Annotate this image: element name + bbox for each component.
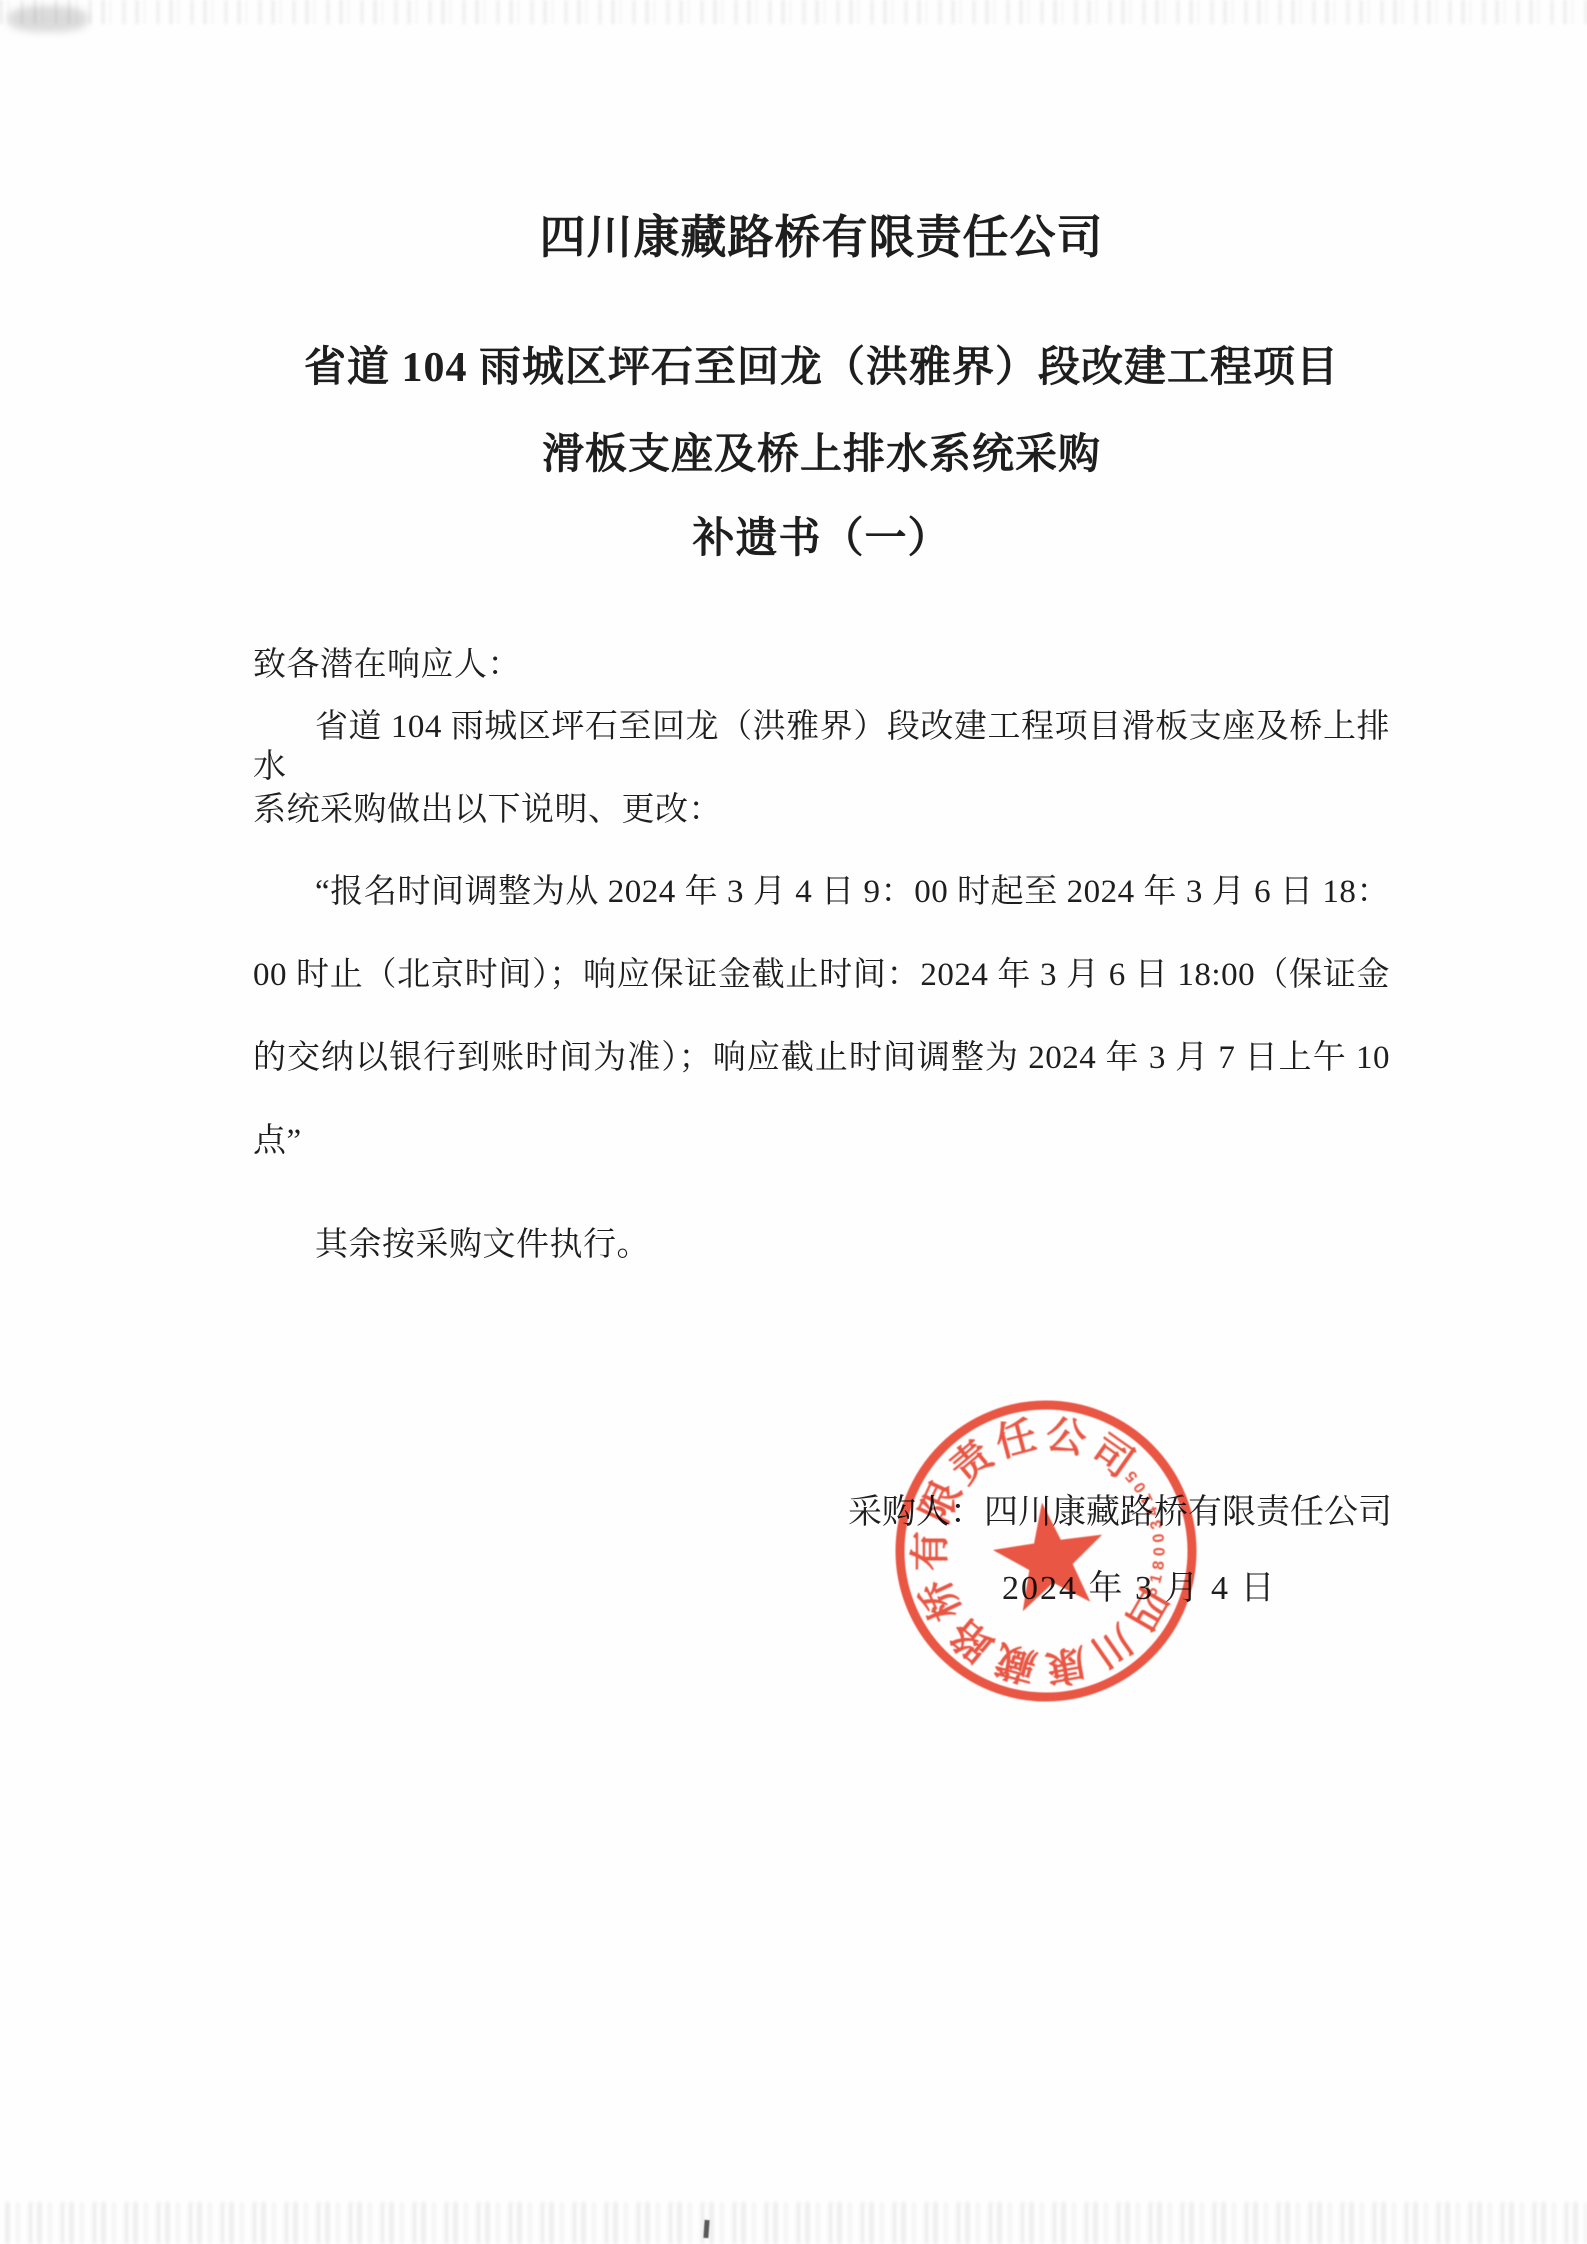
svg-text:1: 1 [1147, 1572, 1166, 1585]
seal-serial-number: 5180034105 [1123, 1467, 1169, 1599]
svg-text:0: 0 [1150, 1532, 1168, 1543]
svg-text:3: 3 [1148, 1518, 1167, 1531]
scan-noise-bottom-edge [0, 2202, 1587, 2244]
body-line: 的交纳以银行到账时间为准）；响应截止时间调整为 2024 年 3 月 7 日上午… [253, 1039, 1390, 1079]
body-line: 点” [253, 1122, 1390, 1162]
svg-text:任: 任 [991, 1412, 1041, 1466]
svg-text:有: 有 [908, 1531, 953, 1571]
body-line: “报名时间调整为从 2024 年 3 月 4 日 9：00 时起至 2024 年… [253, 873, 1390, 913]
svg-text:4: 4 [1143, 1504, 1162, 1518]
svg-text:康: 康 [1043, 1640, 1090, 1691]
body-line: 00 时止（北京时间）；响应保证金截止时间：2024 年 3 月 6 日 18:… [253, 956, 1390, 996]
salutation-line: 致各潜在响应人： [253, 646, 1390, 686]
svg-text:8: 8 [1150, 1560, 1168, 1571]
svg-text:藏: 藏 [991, 1636, 1041, 1690]
body-line: 系统采购做出以下说明、更改： [253, 791, 1390, 831]
supplement-title: 补遗书（一） [253, 515, 1390, 563]
company-title: 四川康藏路桥有限责任公司 [253, 212, 1390, 265]
svg-text:0: 0 [1151, 1547, 1168, 1556]
project-title-line-2: 滑板支座及桥上排水系统采购 [253, 431, 1390, 479]
body-line: 省道 104 雨城区坪石至回龙（洪雅界）段改建工程项目滑板支座及桥上排水 [253, 708, 1390, 787]
scan-noise-top-edge [0, 0, 1587, 24]
seal-star-icon [987, 1495, 1111, 1614]
body-line: 其余按采购文件执行。 [253, 1226, 1390, 1266]
scan-smudge-top-left [8, 6, 88, 32]
project-title-line-1: 省道 104 雨城区坪石至回龙（洪雅界）段改建工程项目 [253, 344, 1390, 392]
svg-text:公: 公 [1043, 1411, 1090, 1462]
scanned-document-page: 四川康藏路桥有限责任公司 省道 104 雨城区坪石至回龙（洪雅界）段改建工程项目… [0, 0, 1587, 2244]
company-seal-stamp: 四川康藏路桥有限责任公司 5180034105 [866, 1371, 1226, 1731]
